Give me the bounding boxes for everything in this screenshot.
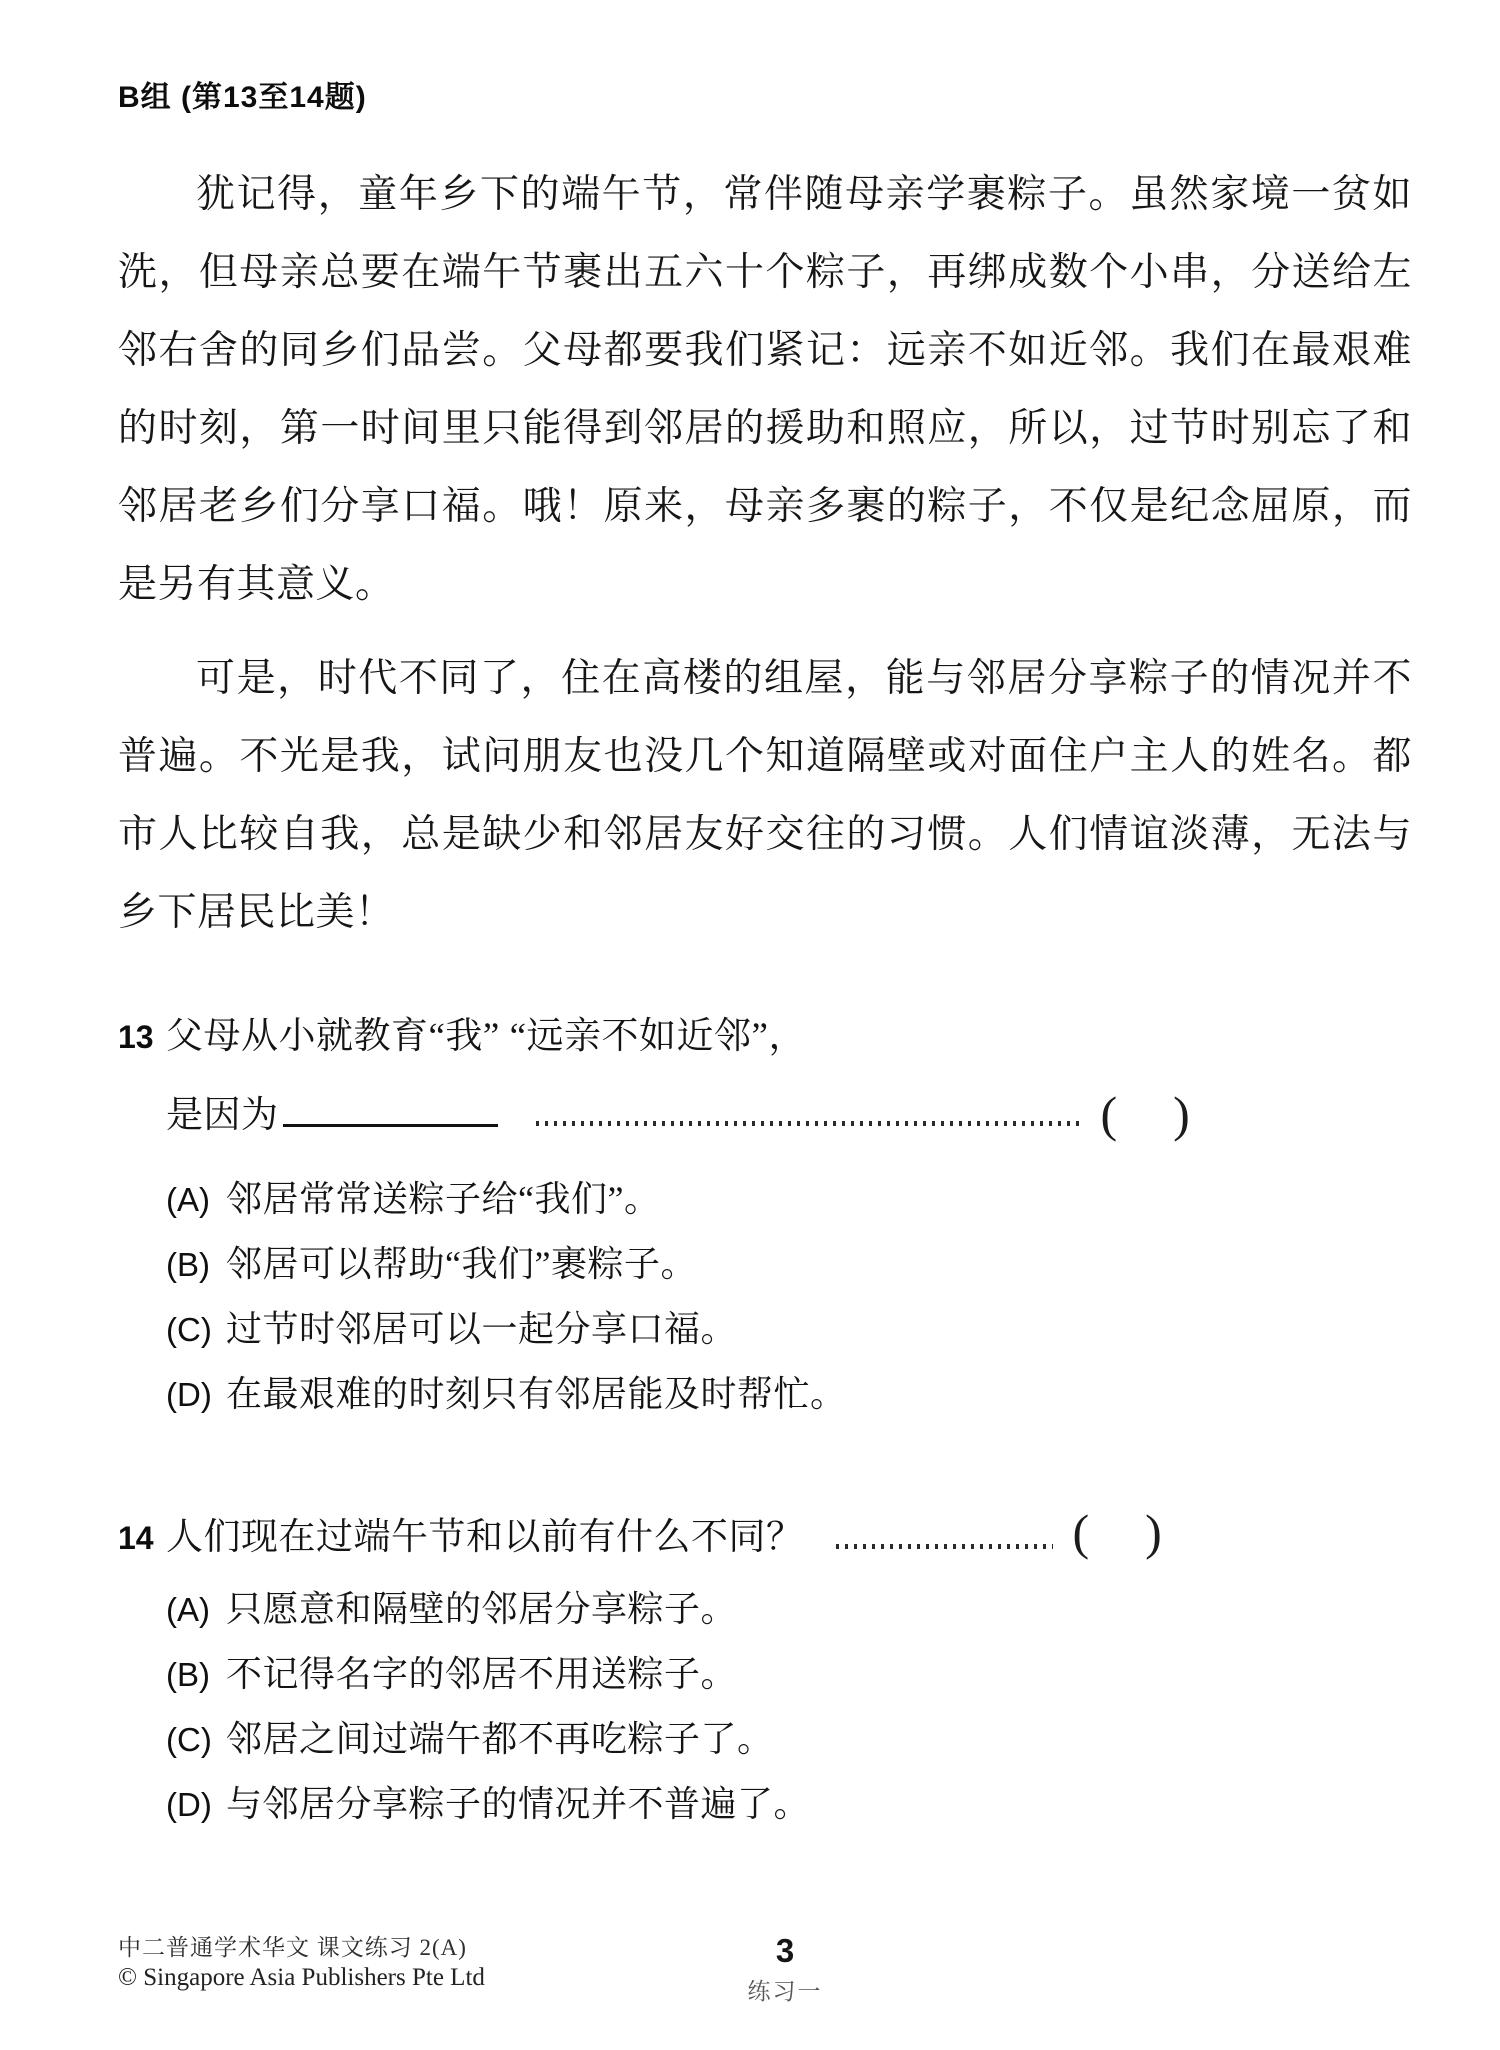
- option-13-d-label: (D): [166, 1362, 226, 1427]
- footer-publisher-block: 中二普通学术华文 课文练习 2(A) © Singapore Asia Publ…: [118, 1934, 485, 1993]
- option-13-b-label: (B): [166, 1232, 226, 1297]
- option-13-c-text: 过节时邻居可以一起分享口福。: [226, 1297, 737, 1362]
- option-14-a: (A) 只愿意和隔壁的邻居分享粽子。: [118, 1577, 1412, 1642]
- option-14-d-text: 与邻居分享粽子的情况并不普遍了。: [226, 1772, 810, 1837]
- footer-page-block: 3 练习一: [700, 1932, 870, 2006]
- option-13-a-text: 邻居常常送粽子给“我们”。: [226, 1167, 660, 1232]
- exercise-label: 练习一: [700, 1973, 870, 2006]
- option-13-a-label: (A): [166, 1167, 226, 1232]
- footer-copyright: © Singapore Asia Publishers Pte Ltd: [118, 1963, 485, 1993]
- answer-bracket-open: (: [1073, 1501, 1090, 1563]
- option-13-a: (A) 邻居常常送粽子给“我们”。: [118, 1167, 1412, 1232]
- option-14-d: (D) 与邻居分享粽子的情况并不普遍了。: [118, 1772, 1412, 1837]
- dotted-leader: [836, 1544, 1053, 1549]
- option-13-c-label: (C): [166, 1297, 226, 1362]
- fill-in-blank-line: [283, 1118, 498, 1127]
- question-13-number: 13: [118, 1006, 166, 1068]
- option-14-b-label: (B): [166, 1642, 226, 1707]
- answer-bracket-close: ): [1145, 1501, 1162, 1563]
- question-14-number: 14: [118, 1507, 166, 1569]
- question-14-prompt-line: 14 人们现在过端午节和以前有什么不同？ ( ): [118, 1501, 1412, 1569]
- passage-paragraph-2: 可是，时代不同了，住在高楼的组屋，能与邻居分享粽子的情况并不普遍。不光是我，试问…: [118, 640, 1412, 952]
- worksheet-page: B组 (第13至14题) 犹记得，童年乡下的端午节，常伴随母亲学裹粽子。虽然家境…: [0, 0, 1500, 2050]
- dotted-leader: [536, 1121, 1081, 1126]
- question-13: 13 父母从小就教育“我” “远亲不如近邻”， 是因为() (A) 邻居常常送粽…: [118, 1006, 1412, 1427]
- page-content: B组 (第13至14题) 犹记得，童年乡下的端午节，常伴随母亲学裹粽子。虽然家境…: [0, 0, 1500, 1837]
- question-14: 14 人们现在过端午节和以前有什么不同？ ( ) (A) 只愿意和隔壁的邻居分享…: [118, 1501, 1412, 1837]
- option-14-b-text: 不记得名字的邻居不用送粽子。: [226, 1642, 737, 1707]
- question-13-prompt: 父母从小就教育“我” “远亲不如近邻”，: [166, 1006, 806, 1068]
- option-13-d: (D) 在最艰难的时刻只有邻居能及时帮忙。: [118, 1362, 1412, 1427]
- question-13-prompt-line: 13 父母从小就教育“我” “远亲不如近邻”，: [118, 1006, 1412, 1068]
- answer-bracket-close: ): [1173, 1086, 1190, 1142]
- passage-paragraph-1: 犹记得，童年乡下的端午节，常伴随母亲学裹粽子。虽然家境一贫如洗，但母亲总要在端午…: [118, 156, 1412, 624]
- option-14-a-label: (A): [166, 1577, 226, 1642]
- footer-book-title: 中二普通学术华文 课文练习 2(A): [118, 1934, 485, 1962]
- question-14-options: (A) 只愿意和隔壁的邻居分享粽子。 (B) 不记得名字的邻居不用送粽子。 (C…: [118, 1577, 1412, 1837]
- question-14-prompt: 人们现在过端午节和以前有什么不同？: [166, 1507, 804, 1569]
- section-header: B组 (第13至14题): [118, 72, 1412, 116]
- option-14-b: (B) 不记得名字的邻居不用送粽子。: [118, 1642, 1412, 1707]
- question-13-answer-line: 是因为(): [166, 1078, 1412, 1159]
- question-13-prompt-continuation: 是因为: [166, 1095, 279, 1136]
- option-14-c-label: (C): [166, 1707, 226, 1772]
- option-13-b-text: 邻居可以帮助“我们”裹粽子。: [226, 1232, 697, 1297]
- option-14-a-text: 只愿意和隔壁的邻居分享粽子。: [226, 1577, 737, 1642]
- question-13-options: (A) 邻居常常送粽子给“我们”。 (B) 邻居可以帮助“我们”裹粽子。 (C)…: [118, 1167, 1412, 1427]
- option-13-c: (C) 过节时邻居可以一起分享口福。: [118, 1297, 1412, 1362]
- page-number: 3: [700, 1932, 870, 1970]
- option-13-b: (B) 邻居可以帮助“我们”裹粽子。: [118, 1232, 1412, 1297]
- answer-bracket-open: (: [1101, 1086, 1118, 1142]
- option-14-c: (C) 邻居之间过端午都不再吃粽子了。: [118, 1707, 1412, 1772]
- option-14-d-label: (D): [166, 1772, 226, 1837]
- reading-passage: 犹记得，童年乡下的端午节，常伴随母亲学裹粽子。虽然家境一贫如洗，但母亲总要在端午…: [118, 156, 1412, 952]
- option-14-c-text: 邻居之间过端午都不再吃粽子了。: [226, 1707, 774, 1772]
- option-13-d-text: 在最艰难的时刻只有邻居能及时帮忙。: [226, 1362, 847, 1427]
